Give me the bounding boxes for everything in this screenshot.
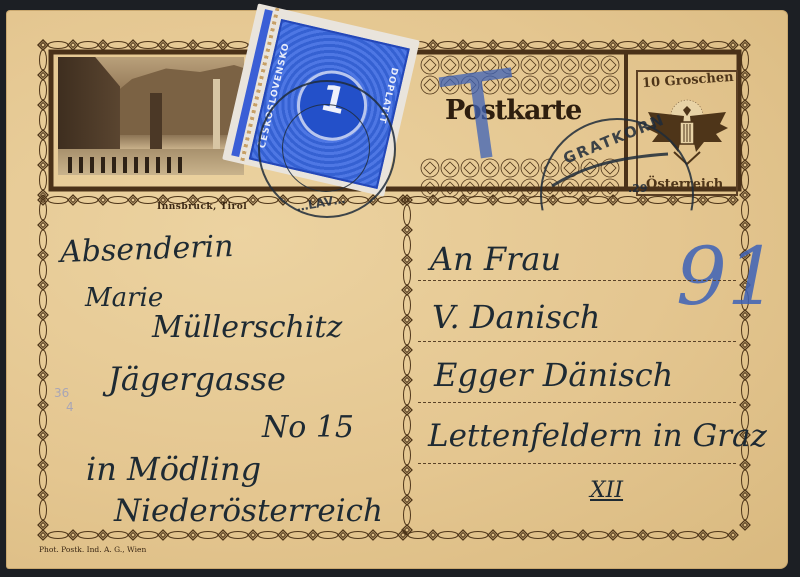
- pencil-note-2: 4: [66, 400, 74, 414]
- sender-line-5: No 15: [262, 410, 354, 445]
- sender-line-1: Absenderin: [59, 229, 234, 270]
- address-line-2: [418, 341, 736, 342]
- address-line-3: [418, 402, 736, 403]
- recipient-line-3: Egger Dänisch: [434, 356, 673, 394]
- sender-line-7: Niederösterreich: [114, 493, 383, 529]
- church-tower: [150, 93, 162, 153]
- anna-column: [213, 79, 220, 159]
- sender-line-3: Müllerschitz: [152, 310, 342, 345]
- publisher-imprint: Phot. Postk. Ind. A. G., Wien: [39, 545, 146, 554]
- sender-line-2: Marie: [85, 283, 163, 313]
- indicium-value: 10 Groschen: [642, 70, 734, 91]
- postmark-over-stamp-inner: [282, 104, 370, 192]
- picture-view-innsbruck: [58, 57, 244, 175]
- address-line-4: [418, 463, 736, 464]
- postmark-gratkorn-bar: [548, 150, 678, 190]
- tax-amount: 91: [676, 230, 778, 323]
- pencil-note-1: 36: [54, 386, 69, 400]
- picture-caption: Innsbruck, Tirol: [157, 202, 247, 212]
- recipient-line-5: XII: [590, 478, 623, 503]
- recipient-line-2: V. Danisch: [432, 298, 600, 336]
- address-line-1: [418, 280, 736, 281]
- sender-line-6: in Mödling: [86, 450, 261, 488]
- recipient-line-4: Lettenfeldern in Graz: [428, 418, 767, 454]
- recipient-line-1: An Frau: [430, 240, 561, 278]
- crowd: [68, 157, 188, 173]
- sender-line-4: Jägergasse: [108, 360, 286, 398]
